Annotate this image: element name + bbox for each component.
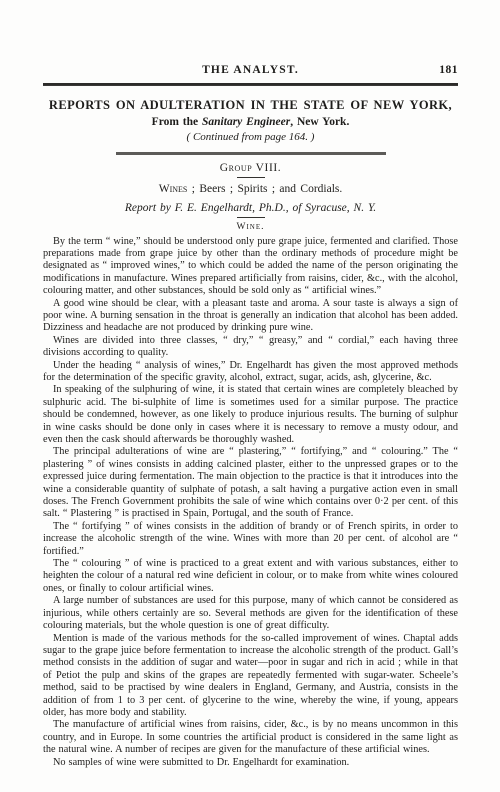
source-journal-name: Sanitary Engineer [202,116,290,128]
article-source-line: From the Sanitary Engineer, New York. [43,116,458,128]
group-heading-rule [237,177,265,178]
subjects-lead: Wines [159,183,188,195]
body-paragraph: The principal adulterations of wine are … [43,446,458,520]
body-paragraph: A large number of substances are used fo… [43,595,458,632]
body-paragraph: In speaking of the sulphuring of wine, i… [43,384,458,446]
body-paragraph: By the term “ wine,” should be understoo… [43,236,458,298]
body-paragraph: Mention is made of the various methods f… [43,633,458,720]
section-divider-rule [116,152,386,155]
group-heading: Group VIII. [43,162,458,174]
journal-page: THE ANALYST. 181 REPORTS ON ADULTERATION… [0,0,500,792]
subjects-heading: Wines ; Beers ; Spirits ; and Cordials. [43,183,458,195]
source-prefix: From the [152,116,202,128]
body-paragraph: A good wine should be clear, with a plea… [43,298,458,335]
page-number: 181 [439,64,458,76]
body-paragraph: Wines are divided into three classes, “ … [43,335,458,360]
body-paragraph: The “ colouring ” of wine is practiced t… [43,558,458,595]
article-title: REPORTS ON ADULTERATION IN THE STATE OF … [43,98,458,113]
header-rule [43,83,458,86]
report-byline: Report by F. E. Engelhardt, Ph.D., of Sy… [43,202,458,214]
byline-rule [237,217,265,218]
article-body: By the term “ wine,” should be understoo… [43,236,458,769]
source-suffix: , New York. [290,116,349,128]
page-content: THE ANALYST. 181 REPORTS ON ADULTERATION… [43,64,458,769]
body-paragraph: Under the heading “ analysis of wines,” … [43,360,458,385]
body-paragraph: The manufacture of artificial wines from… [43,719,458,756]
section-heading-wine: Wine. [43,222,458,232]
journal-title: THE ANALYST. [202,64,299,76]
body-paragraph: No samples of wine were submitted to Dr.… [43,757,458,769]
body-paragraph: The “ fortifying ” of wines consists in … [43,521,458,558]
subjects-rest: ; Beers ; Spirits ; and Cordials. [187,183,342,195]
continuation-note: ( Continued from page 164. ) [43,131,458,143]
running-header: THE ANALYST. 181 [43,64,458,76]
